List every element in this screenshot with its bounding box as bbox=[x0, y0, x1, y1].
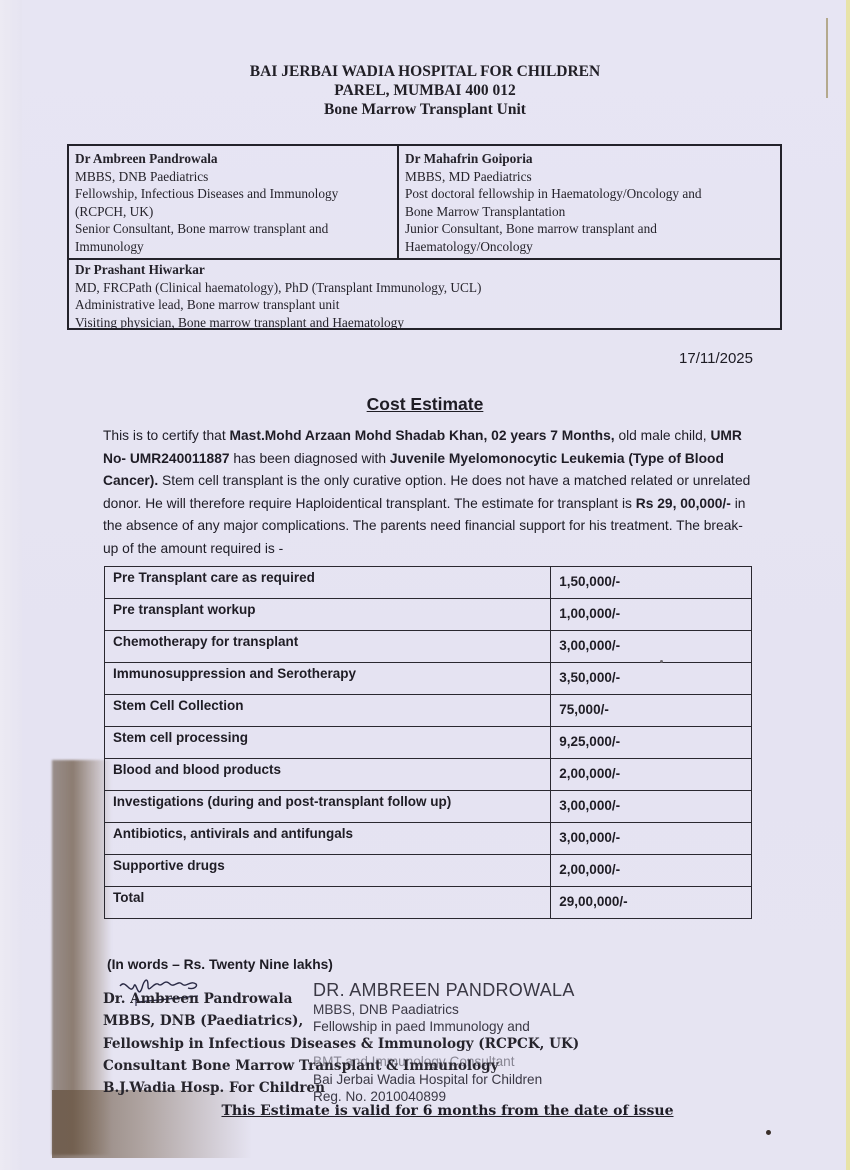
cost-item: Stem cell processing bbox=[105, 727, 551, 759]
cert-text: has been diagnosed with bbox=[230, 451, 390, 466]
doctor-role: Junior Consultant, Bone marrow transplan… bbox=[405, 220, 780, 238]
table-row: Antibiotics, antivirals and antifungals3… bbox=[105, 823, 752, 855]
cost-amount: 1,50,000/- bbox=[551, 567, 752, 599]
doctor-qualification: MD, FRCPath (Clinical haematology), PhD … bbox=[75, 279, 780, 297]
doctor-role: Haematology/Oncology bbox=[405, 238, 780, 256]
stamp-line: BMT and Immunology Consultant bbox=[313, 1053, 575, 1070]
cost-item: Pre transplant workup bbox=[105, 599, 551, 631]
doctor-name: Dr Mahafrin Goiporia bbox=[405, 150, 780, 168]
doctor-stamp: DR. AMBREEN PANDROWALA MBBS, DNB Paadiat… bbox=[313, 979, 575, 1105]
doctor-qualification: (RCPCH, UK) bbox=[75, 203, 397, 221]
doctor-qualification: MBBS, MD Paediatrics bbox=[405, 168, 780, 186]
stamp-name: DR. AMBREEN PANDROWALA bbox=[313, 979, 575, 1001]
table-row: Blood and blood products2,00,000/- bbox=[105, 759, 752, 791]
scan-shadow-bottom bbox=[52, 1090, 252, 1158]
stamp-line bbox=[313, 1036, 575, 1053]
table-row: Immunosuppression and Serotherapy3,50,00… bbox=[105, 663, 752, 695]
table-row: Chemotherapy for transplant3,00,000/- bbox=[105, 631, 752, 663]
doctor-role: Immunology bbox=[75, 238, 397, 256]
table-row: Supportive drugs2,00,000/- bbox=[105, 855, 752, 887]
doctor-card: Dr Ambreen Pandrowala MBBS, DNB Paediatr… bbox=[69, 146, 399, 258]
cost-item: Pre Transplant care as required bbox=[105, 567, 551, 599]
amount-in-words: (In words – Rs. Twenty Nine lakhs) bbox=[107, 957, 333, 972]
doctor-card: Dr Prashant Hiwarkar MD, FRCPath (Clinic… bbox=[69, 260, 780, 331]
doctor-role: Senior Consultant, Bone marrow transplan… bbox=[75, 220, 397, 238]
cost-amount: 3,00,000/- bbox=[551, 791, 752, 823]
cost-item: Investigations (during and post-transpla… bbox=[105, 791, 551, 823]
issue-date: 17/11/2025 bbox=[660, 350, 753, 367]
table-row: Stem Cell Collection75,000/- bbox=[105, 695, 752, 727]
hospital-address: PAREL, MUMBAI 400 012 bbox=[0, 81, 850, 100]
scan-speck bbox=[660, 660, 663, 663]
cost-amount: 2,00,000/- bbox=[551, 759, 752, 791]
cost-item: Blood and blood products bbox=[105, 759, 551, 791]
cost-item: Total bbox=[105, 887, 551, 919]
cost-item: Chemotherapy for transplant bbox=[105, 631, 551, 663]
cost-breakup-table: Pre Transplant care as required1,50,000/… bbox=[104, 566, 752, 919]
cost-amount: 75,000/- bbox=[551, 695, 752, 727]
doctor-qualification: MBBS, DNB Paediatrics bbox=[75, 168, 397, 186]
certificate-paragraph: This is to certify that Mast.Mohd Arzaan… bbox=[103, 425, 753, 561]
table-row: Pre transplant workup1,00,000/- bbox=[105, 599, 752, 631]
doctors-box: Dr Ambreen Pandrowala MBBS, DNB Paediatr… bbox=[67, 144, 782, 330]
scan-speck bbox=[766, 1130, 771, 1135]
cost-item: Immunosuppression and Serotherapy bbox=[105, 663, 551, 695]
validity-note: This Estimate is valid for 6 months from… bbox=[0, 1103, 850, 1119]
cert-intro: This is to certify that bbox=[103, 428, 230, 443]
cost-amount: 9,25,000/- bbox=[551, 727, 752, 759]
doctor-card: Dr Mahafrin Goiporia MBBS, MD Paediatric… bbox=[399, 146, 780, 258]
patient-details: Mast.Mohd Arzaan Mohd Shadab Khan, 02 ye… bbox=[230, 428, 615, 443]
cost-amount: 3,00,000/- bbox=[551, 823, 752, 855]
doctor-role: Administrative lead, Bone marrow transpl… bbox=[75, 296, 780, 314]
table-row: Stem cell processing9,25,000/- bbox=[105, 727, 752, 759]
stamp-line: Fellowship in paed Immunology and bbox=[313, 1018, 575, 1035]
letterhead: BAI JERBAI WADIA HOSPITAL FOR CHILDREN P… bbox=[0, 62, 850, 119]
scan-edge-left bbox=[0, 0, 22, 1170]
cost-item: Supportive drugs bbox=[105, 855, 551, 887]
cost-item: Antibiotics, antivirals and antifungals bbox=[105, 823, 551, 855]
table-row: Pre Transplant care as required1,50,000/… bbox=[105, 567, 752, 599]
doctor-qualification: Bone Marrow Transplantation bbox=[405, 203, 780, 221]
doctor-name: Dr Prashant Hiwarkar bbox=[75, 261, 780, 279]
cost-amount: 3,00,000/- bbox=[551, 631, 752, 663]
cost-amount: 29,00,000/- bbox=[551, 887, 752, 919]
cost-amount: 1,00,000/- bbox=[551, 599, 752, 631]
estimate-amount: Rs 29, 00,000/- bbox=[636, 496, 731, 511]
cost-item: Stem Cell Collection bbox=[105, 695, 551, 727]
doctor-role: Visiting physician, Bone marrow transpla… bbox=[75, 314, 780, 332]
cert-text: old male child, bbox=[615, 428, 711, 443]
unit-name: Bone Marrow Transplant Unit bbox=[0, 100, 850, 119]
total-row: Total29,00,000/- bbox=[105, 887, 752, 919]
doctor-qualification: Post doctoral fellowship in Haematology/… bbox=[405, 185, 780, 203]
hospital-name: BAI JERBAI WADIA HOSPITAL FOR CHILDREN bbox=[0, 62, 850, 81]
stamp-line: Bai Jerbai Wadia Hospital for Children bbox=[313, 1071, 575, 1088]
table-row: Investigations (during and post-transpla… bbox=[105, 791, 752, 823]
doctor-qualification: Fellowship, Infectious Diseases and Immu… bbox=[75, 185, 397, 203]
scan-edge-right bbox=[846, 0, 850, 1170]
stamp-line: MBBS, DNB Paadiatrics bbox=[313, 1001, 575, 1018]
document-title: Cost Estimate bbox=[0, 394, 850, 415]
cost-amount: 3,50,000/- bbox=[551, 663, 752, 695]
cost-amount: 2,00,000/- bbox=[551, 855, 752, 887]
doctor-name: Dr Ambreen Pandrowala bbox=[75, 150, 397, 168]
